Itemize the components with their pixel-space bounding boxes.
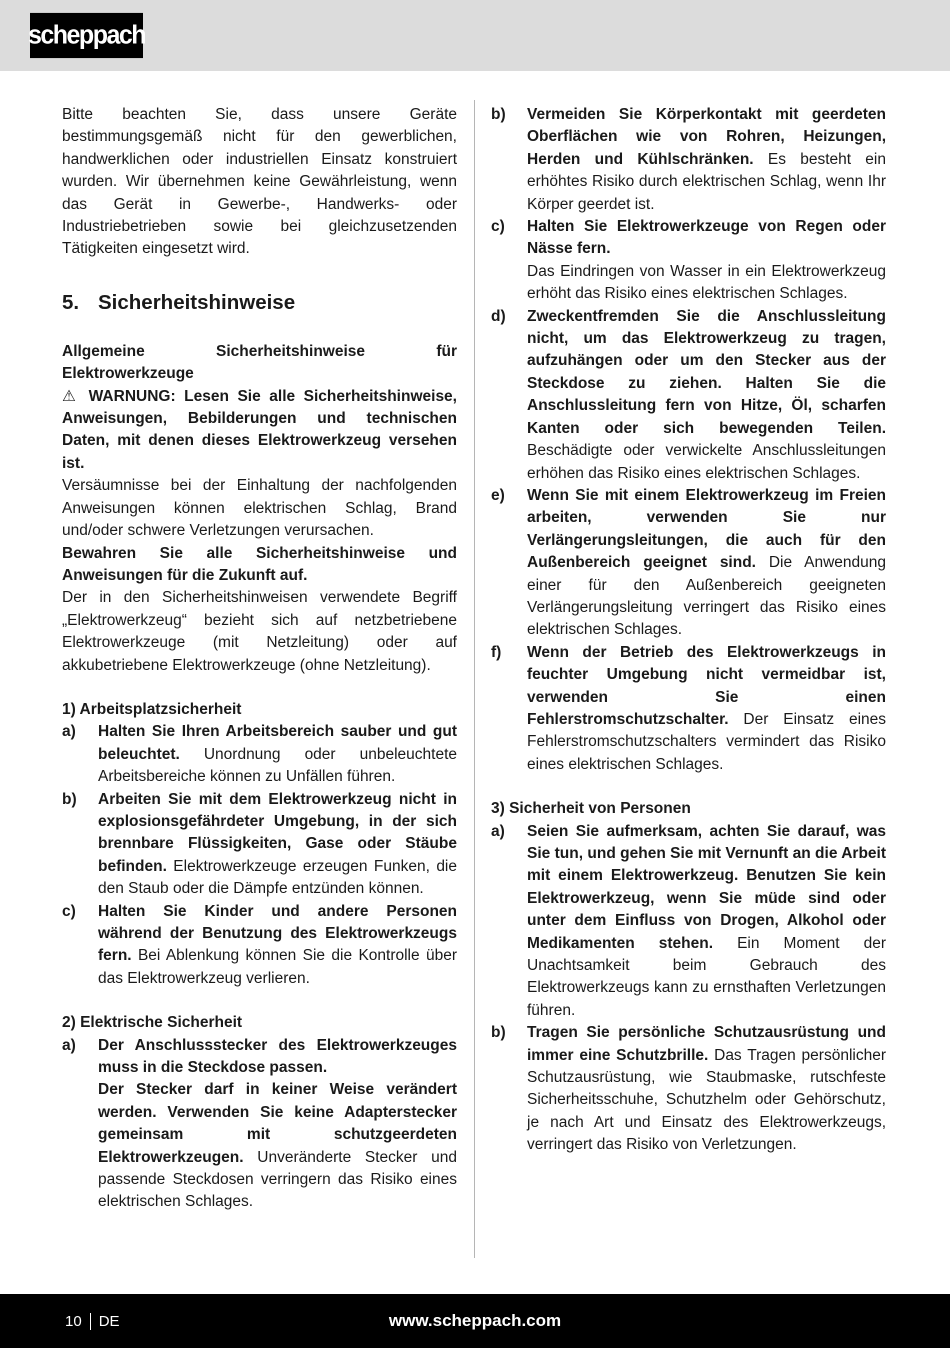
list-item-text: Tragen Sie persönliche Schutzausrüstung … [527,1022,886,1156]
list-item: c) Halten Sie Elektrowerkzeuge von Regen… [491,216,886,306]
list-item-text: Der Anschlussstecker des Elektrowerkzeug… [98,1035,457,1214]
list-item-text: Vermeiden Sie Körperkontakt mit geerdete… [527,104,886,216]
list-item-label: c) [491,216,527,306]
list-item-label: b) [491,1022,527,1156]
warning-triangle-icon: ⚠ [62,388,80,405]
list-item-text: Halten Sie Kinder und andere Personen wä… [98,901,457,991]
right-column: b) Vermeiden Sie Körperkontakt mit geerd… [491,104,886,1157]
term-definition-paragraph: Der in den Sicherheitshinweisen verwende… [62,587,457,677]
column-divider [474,100,475,1258]
list-item-text: Zweckentfremden Sie die Anschlussleitung… [527,306,886,485]
list-item: a) Halten Sie Ihren Arbeitsbereich saube… [62,721,457,788]
footer-page-indicator: 10 DE [65,1313,120,1330]
list-item-label: b) [491,104,527,216]
footer-website: www.scheppach.com [0,1311,950,1331]
intro-paragraph: Bitte beachten Sie, dass unsere Geräte b… [62,104,457,261]
list-item: b) Tragen Sie persönliche Schutzausrüstu… [491,1022,886,1156]
footer-bar: 10 DE www.scheppach.com [0,1294,950,1348]
subsection-title-electrical: 2) Elektrische Sicherheit [62,1012,457,1034]
list-item-text: Wenn der Betrieb des Elektrowerkzeugs in… [527,642,886,776]
manual-page: { "colors": { "header_band": "#dcdcdc", … [0,0,950,1348]
list-item: c) Halten Sie Kinder und andere Personen… [62,901,457,991]
left-column: Bitte beachten Sie, dass unsere Geräte b… [62,104,457,1214]
list-item-text: Halten Sie Ihren Arbeitsbereich sauber u… [98,721,457,788]
list-item-label: c) [62,901,98,991]
header-band: scheppach [0,0,950,71]
subsection-title-workplace: 1) Arbeitsplatzsicherheit [62,699,457,721]
section-heading: 5.Sicherheitshinweise [62,291,457,315]
list-item: e) Wenn Sie mit einem Elektrowerkzeug im… [491,485,886,642]
list-item-label: a) [62,721,98,788]
footer-language: DE [99,1313,120,1330]
list-item-label: f) [491,642,527,776]
consequences-paragraph: Versäumnisse bei der Einhaltung der nach… [62,475,457,542]
list-item-text: Wenn Sie mit einem Elektrowerkzeug im Fr… [527,485,886,642]
keep-instructions-paragraph: Bewahren Sie alle Sicherheitshinweise un… [62,543,457,588]
warning-text: WARNUNG: Lesen Sie alle Sicherheitshinwe… [62,388,457,472]
list-item-label: e) [491,485,527,642]
list-item: a) Der Anschlussstecker des Elektrowerkz… [62,1035,457,1214]
subsection-title-persons: 3) Sicherheit von Personen [491,798,886,820]
list-item-text: Seien Sie aufmerksam, achten Sie darauf,… [527,821,886,1023]
list-item: b) Vermeiden Sie Körperkontakt mit geerd… [491,104,886,216]
list-item-text: Halten Sie Elektrowerkzeuge von Regen od… [527,216,886,306]
list-item: a) Seien Sie aufmerksam, achten Sie dara… [491,821,886,1023]
general-safety-title: Allgemeine Sicherheitshinweise für Elekt… [62,341,457,386]
section-heading-title: Sicherheitshinweise [98,291,295,314]
section-heading-number: 5. [62,291,98,315]
list-item: b) Arbeiten Sie mit dem Elektrowerkzeug … [62,789,457,901]
list-item-text: Arbeiten Sie mit dem Elektrowerkzeug nic… [98,789,457,901]
footer-separator [90,1313,91,1330]
logo-text: scheppach [28,20,145,50]
warning-paragraph: ⚠ WARNUNG: Lesen Sie alle Sicherheitshin… [62,386,457,476]
list-item: d) Zweckentfremden Sie die Anschlussleit… [491,306,886,485]
scheppach-logo: scheppach [30,13,143,58]
footer-page-number: 10 [65,1313,82,1330]
list-item-label: a) [62,1035,98,1214]
list-item-label: a) [491,821,527,1023]
list-item-label: b) [62,789,98,901]
list-item: f) Wenn der Betrieb des Elektrowerkzeugs… [491,642,886,776]
list-item-label: d) [491,306,527,485]
